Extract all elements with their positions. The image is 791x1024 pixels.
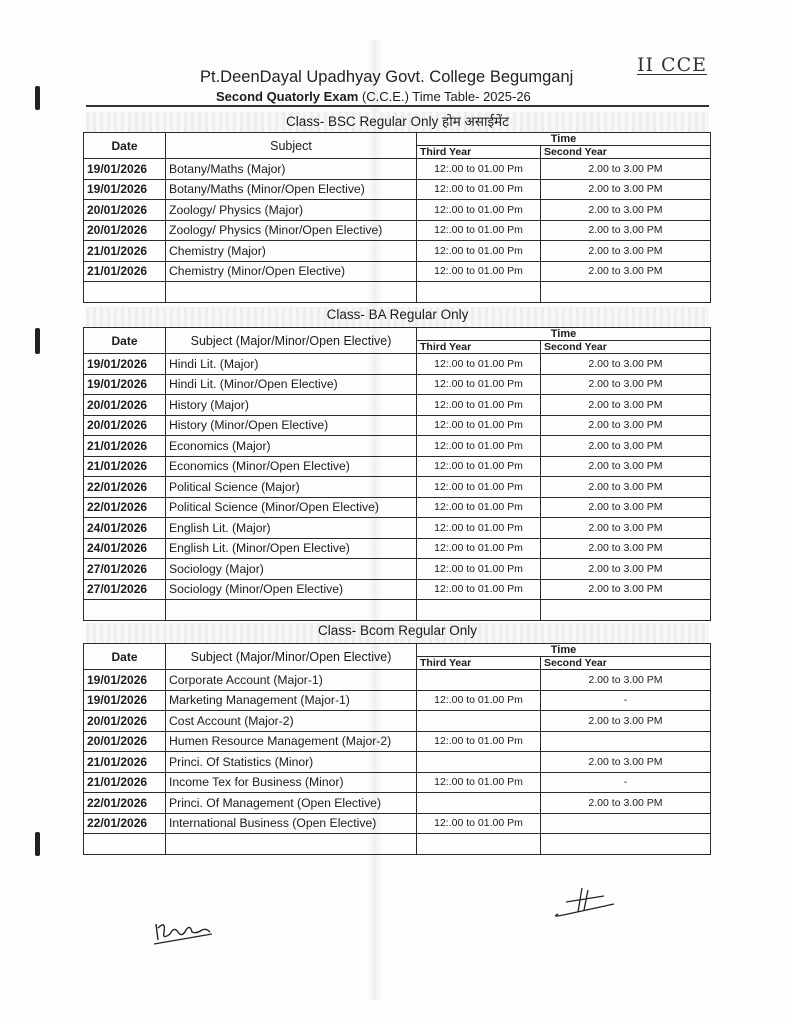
date-cell: 21/01/2026: [84, 241, 166, 262]
college-name: Pt.DeenDayal Upadhyay Govt. College Begu…: [200, 68, 573, 87]
table-row: 19/01/2026 Marketing Management (Major-1…: [84, 690, 711, 711]
table-row: 21/01/2026 Economics (Major) 12:.00 to 0…: [84, 436, 711, 457]
third-year-time-cell: 12:.00 to 01.00 Pm: [417, 374, 541, 395]
class-title: Class- BA Regular Only: [327, 307, 469, 322]
subject-header: Subject (Major/Minor/Open Elective): [166, 644, 417, 670]
date-cell: 21/01/2026: [84, 456, 166, 477]
table-row: [84, 282, 711, 303]
second-year-time-cell: 2.00 to 3.00 PM: [541, 220, 711, 241]
third-year-time-cell: 12:.00 to 01.00 Pm: [417, 477, 541, 498]
table-row: 20/01/2026 History (Major) 12:.00 to 01.…: [84, 395, 711, 416]
subject-cell: Hindi Lit. (Minor/Open Elective): [166, 374, 417, 395]
second-year-time-cell: 2.00 to 3.00 PM: [541, 497, 711, 518]
date-cell: 21/01/2026: [84, 772, 166, 793]
third-year-time-cell: [417, 600, 541, 621]
class-title: Class- BSC Regular Only होम असाईमेंट: [286, 114, 509, 129]
table-row: 20/01/2026 History (Minor/Open Elective)…: [84, 415, 711, 436]
date-cell: 27/01/2026: [84, 559, 166, 580]
second-year-time-cell: 2.00 to 3.00 PM: [541, 436, 711, 457]
third-year-time-cell: [417, 282, 541, 303]
date-cell: 21/01/2026: [84, 752, 166, 773]
third-year-time-cell: 12:.00 to 01.00 Pm: [417, 559, 541, 580]
third-year-time-cell: 12:.00 to 01.00 Pm: [417, 538, 541, 559]
header-rule: [86, 105, 709, 107]
table-row: 22/01/2026 Princi. Of Management (Open E…: [84, 793, 711, 814]
table-row: 20/01/2026 Zoology/ Physics (Major) 12:.…: [84, 200, 711, 221]
subject-cell: History (Minor/Open Elective): [166, 415, 417, 436]
third-year-time-cell: 12:.00 to 01.00 Pm: [417, 354, 541, 375]
date-cell: [84, 600, 166, 621]
subject-cell: Marketing Management (Major-1): [166, 690, 417, 711]
punch-mark: [35, 832, 40, 856]
subject-cell: [166, 834, 417, 855]
third-year-header: Third Year: [417, 341, 541, 354]
third-year-header: Third Year: [417, 657, 541, 670]
second-year-time-cell: 2.00 to 3.00 PM: [541, 395, 711, 416]
subject-cell: History (Major): [166, 395, 417, 416]
subject-header: Subject (Major/Minor/Open Elective): [166, 328, 417, 354]
second-year-time-cell: 2.00 to 3.00 PM: [541, 518, 711, 539]
subject-cell: Political Science (Major): [166, 477, 417, 498]
date-cell: 21/01/2026: [84, 436, 166, 457]
subject-cell: Zoology/ Physics (Minor/Open Elective): [166, 220, 417, 241]
second-year-time-cell: 2.00 to 3.00 PM: [541, 538, 711, 559]
third-year-time-cell: 12:.00 to 01.00 Pm: [417, 200, 541, 221]
second-year-time-cell: 2.00 to 3.00 PM: [541, 456, 711, 477]
table-row: 19/01/2026 Botany/Maths (Minor/Open Elec…: [84, 179, 711, 200]
second-year-time-cell: 2.00 to 3.00 PM: [541, 241, 711, 262]
third-year-time-cell: 12:.00 to 01.00 Pm: [417, 415, 541, 436]
class-title: Class- Bcom Regular Only: [318, 623, 477, 638]
date-cell: 20/01/2026: [84, 711, 166, 732]
date-cell: 20/01/2026: [84, 395, 166, 416]
third-year-time-cell: 12:.00 to 01.00 Pm: [417, 179, 541, 200]
subject-cell: Zoology/ Physics (Major): [166, 200, 417, 221]
table-row: 19/01/2026 Corporate Account (Major-1) 2…: [84, 670, 711, 691]
date-cell: [84, 282, 166, 303]
subject-cell: Political Science (Minor/Open Elective): [166, 497, 417, 518]
date-cell: 20/01/2026: [84, 731, 166, 752]
timetable: Date Subject Time Third Year Second Year…: [83, 132, 711, 303]
subject-cell: Economics (Major): [166, 436, 417, 457]
date-cell: 19/01/2026: [84, 179, 166, 200]
time-header: Time: [417, 328, 711, 341]
time-header: Time: [417, 644, 711, 657]
signature-right: [548, 884, 618, 924]
signature-left: [150, 914, 220, 954]
date-cell: 27/01/2026: [84, 579, 166, 600]
date-cell: 19/01/2026: [84, 374, 166, 395]
third-year-time-cell: 12:.00 to 01.00 Pm: [417, 579, 541, 600]
table-row: 24/01/2026 English Lit. (Major) 12:.00 t…: [84, 518, 711, 539]
subject-cell: International Business (Open Elective): [166, 813, 417, 834]
date-cell: 20/01/2026: [84, 200, 166, 221]
class-title-bar: Class- BSC Regular Only होम असाईमेंट: [86, 112, 709, 133]
date-cell: 22/01/2026: [84, 497, 166, 518]
third-year-time-cell: 12:.00 to 01.00 Pm: [417, 395, 541, 416]
second-year-time-cell: [541, 834, 711, 855]
timetable: Date Subject (Major/Minor/Open Elective)…: [83, 643, 711, 855]
date-cell: 19/01/2026: [84, 159, 166, 180]
table-row: 21/01/2026 Chemistry (Major) 12:.00 to 0…: [84, 241, 711, 262]
table-row: 22/01/2026 International Business (Open …: [84, 813, 711, 834]
date-cell: 20/01/2026: [84, 220, 166, 241]
third-year-time-cell: [417, 834, 541, 855]
handwritten-note-text: II CCE: [637, 54, 707, 76]
table-row: 20/01/2026 Zoology/ Physics (Minor/Open …: [84, 220, 711, 241]
subject-cell: Economics (Minor/Open Elective): [166, 456, 417, 477]
date-header: Date: [84, 133, 166, 159]
table-row: 21/01/2026 Economics (Minor/Open Electiv…: [84, 456, 711, 477]
second-year-time-cell: 2.00 to 3.00 PM: [541, 261, 711, 282]
date-cell: [84, 834, 166, 855]
subject-cell: Princi. Of Statistics (Minor): [166, 752, 417, 773]
third-year-time-cell: 12:.00 to 01.00 Pm: [417, 518, 541, 539]
third-year-time-cell: [417, 670, 541, 691]
subject-cell: Botany/Maths (Minor/Open Elective): [166, 179, 417, 200]
second-year-time-cell: 2.00 to 3.00 PM: [541, 579, 711, 600]
subject-cell: Botany/Maths (Major): [166, 159, 417, 180]
date-cell: 22/01/2026: [84, 477, 166, 498]
table-row: 21/01/2026 Income Tex for Business (Mino…: [84, 772, 711, 793]
second-year-time-cell: 2.00 to 3.00 PM: [541, 374, 711, 395]
subject-cell: English Lit. (Minor/Open Elective): [166, 538, 417, 559]
third-year-time-cell: 12:.00 to 01.00 Pm: [417, 813, 541, 834]
second-year-header: Second Year: [541, 146, 711, 159]
table-row: 21/01/2026 Princi. Of Statistics (Minor)…: [84, 752, 711, 773]
class-title-bar: Class- Bcom Regular Only: [86, 623, 709, 644]
second-year-time-cell: 2.00 to 3.00 PM: [541, 159, 711, 180]
subject-cell: Humen Resource Management (Major-2): [166, 731, 417, 752]
table-row: 21/01/2026 Chemistry (Minor/Open Electiv…: [84, 261, 711, 282]
second-year-time-cell: [541, 731, 711, 752]
header-row: Date Subject (Major/Minor/Open Elective)…: [84, 328, 711, 341]
subject-cell: Sociology (Minor/Open Elective): [166, 579, 417, 600]
table-row: 27/01/2026 Sociology (Minor/Open Electiv…: [84, 579, 711, 600]
subject-cell: English Lit. (Major): [166, 518, 417, 539]
third-year-time-cell: 12:.00 to 01.00 Pm: [417, 731, 541, 752]
second-year-time-cell: 2.00 to 3.00 PM: [541, 477, 711, 498]
date-cell: 24/01/2026: [84, 538, 166, 559]
table-row: 19/01/2026 Botany/Maths (Major) 12:.00 t…: [84, 159, 711, 180]
second-year-time-cell: [541, 600, 711, 621]
second-year-time-cell: 2.00 to 3.00 PM: [541, 200, 711, 221]
second-year-time-cell: 2.00 to 3.00 PM: [541, 179, 711, 200]
third-year-time-cell: 12:.00 to 01.00 Pm: [417, 436, 541, 457]
subject-cell: Sociology (Major): [166, 559, 417, 580]
third-year-time-cell: [417, 793, 541, 814]
table-row: [84, 600, 711, 621]
third-year-time-cell: [417, 752, 541, 773]
date-cell: 22/01/2026: [84, 813, 166, 834]
table-row: 22/01/2026 Political Science (Minor/Open…: [84, 497, 711, 518]
table-row: 20/01/2026 Cost Account (Major-2) 2.00 t…: [84, 711, 711, 732]
subject-cell: Cost Account (Major-2): [166, 711, 417, 732]
subject-cell: Princi. Of Management (Open Elective): [166, 793, 417, 814]
second-year-header: Second Year: [541, 341, 711, 354]
subject-cell: [166, 282, 417, 303]
table-row: 19/01/2026 Hindi Lit. (Minor/Open Electi…: [84, 374, 711, 395]
second-year-time-cell: -: [541, 690, 711, 711]
second-year-time-cell: 2.00 to 3.00 PM: [541, 793, 711, 814]
date-cell: 24/01/2026: [84, 518, 166, 539]
third-year-time-cell: 12:.00 to 01.00 Pm: [417, 159, 541, 180]
exam-title: Second Quatorly Exam (C.C.E.) Time Table…: [216, 89, 531, 104]
subject-header: Subject: [166, 133, 417, 159]
third-year-time-cell: 12:.00 to 01.00 Pm: [417, 690, 541, 711]
table-row: 24/01/2026 English Lit. (Minor/Open Elec…: [84, 538, 711, 559]
handwritten-note: II CCE: [637, 54, 707, 76]
punch-mark: [35, 86, 40, 110]
subject-cell: Chemistry (Minor/Open Elective): [166, 261, 417, 282]
date-header: Date: [84, 644, 166, 670]
date-cell: 19/01/2026: [84, 354, 166, 375]
date-cell: 21/01/2026: [84, 261, 166, 282]
date-cell: 20/01/2026: [84, 415, 166, 436]
second-year-time-cell: -: [541, 772, 711, 793]
third-year-time-cell: 12:.00 to 01.00 Pm: [417, 497, 541, 518]
subject-cell: [166, 600, 417, 621]
subject-cell: Income Tex for Business (Minor): [166, 772, 417, 793]
second-year-time-cell: 2.00 to 3.00 PM: [541, 752, 711, 773]
date-cell: 19/01/2026: [84, 670, 166, 691]
second-year-time-cell: 2.00 to 3.00 PM: [541, 559, 711, 580]
header-row: Date Subject Time: [84, 133, 711, 146]
second-year-header: Second Year: [541, 657, 711, 670]
second-year-time-cell: [541, 813, 711, 834]
exam-title-rest: (C.C.E.) Time Table- 2025-26: [362, 89, 531, 104]
date-header: Date: [84, 328, 166, 354]
date-cell: 19/01/2026: [84, 690, 166, 711]
header-row: Date Subject (Major/Minor/Open Elective)…: [84, 644, 711, 657]
table-row: 27/01/2026 Sociology (Major) 12:.00 to 0…: [84, 559, 711, 580]
third-year-time-cell: 12:.00 to 01.00 Pm: [417, 241, 541, 262]
table-row: 19/01/2026 Hindi Lit. (Major) 12:.00 to …: [84, 354, 711, 375]
subject-cell: Corporate Account (Major-1): [166, 670, 417, 691]
time-header: Time: [417, 133, 711, 146]
third-year-time-cell: 12:.00 to 01.00 Pm: [417, 220, 541, 241]
third-year-time-cell: 12:.00 to 01.00 Pm: [417, 772, 541, 793]
third-year-time-cell: 12:.00 to 01.00 Pm: [417, 456, 541, 477]
third-year-time-cell: 12:.00 to 01.00 Pm: [417, 261, 541, 282]
second-year-time-cell: 2.00 to 3.00 PM: [541, 711, 711, 732]
third-year-time-cell: [417, 711, 541, 732]
second-year-time-cell: 2.00 to 3.00 PM: [541, 670, 711, 691]
date-cell: 22/01/2026: [84, 793, 166, 814]
second-year-time-cell: 2.00 to 3.00 PM: [541, 354, 711, 375]
punch-mark: [35, 328, 40, 354]
subject-cell: Chemistry (Major): [166, 241, 417, 262]
table-row: 20/01/2026 Humen Resource Management (Ma…: [84, 731, 711, 752]
third-year-header: Third Year: [417, 146, 541, 159]
subject-cell: Hindi Lit. (Major): [166, 354, 417, 375]
second-year-time-cell: [541, 282, 711, 303]
table-row: [84, 834, 711, 855]
class-title-bar: Class- BA Regular Only: [86, 307, 709, 328]
exam-title-bold: Second Quatorly Exam: [216, 89, 358, 104]
second-year-time-cell: 2.00 to 3.00 PM: [541, 415, 711, 436]
timetable: Date Subject (Major/Minor/Open Elective)…: [83, 327, 711, 621]
table-row: 22/01/2026 Political Science (Major) 12:…: [84, 477, 711, 498]
